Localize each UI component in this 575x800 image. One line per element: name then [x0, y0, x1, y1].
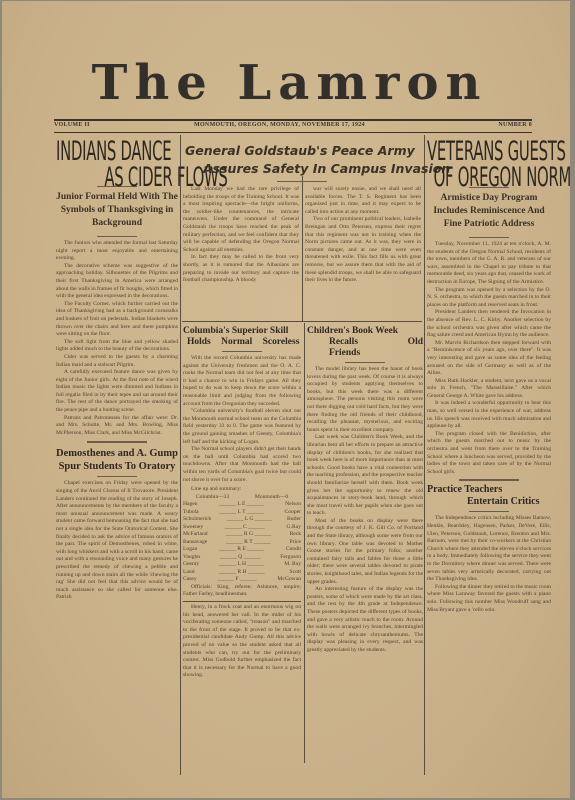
dateline-rule	[54, 132, 532, 133]
position: ______ F ______	[197, 576, 278, 584]
paragraph: Miss Ruth Hackler, a student, next gave …	[427, 378, 551, 401]
article-peace-army: General Goldstaub's Peace Army Assures S…	[183, 142, 421, 285]
paragraph: Cider was served to the guests by a char…	[56, 354, 178, 369]
paragraph: Most of the books on display were there …	[307, 518, 423, 586]
lineup-title: Line up and summary:	[183, 486, 301, 494]
position: ______ L H ______	[199, 561, 284, 569]
headline-practice-2: Entertain Critics	[427, 496, 551, 508]
position: ______ R T ______	[207, 539, 289, 547]
player-away: Ferguson	[280, 554, 301, 562]
lineup-row: Vaughn______ Q ______Ferguson	[183, 554, 301, 562]
demosthenes-continued: Henry, in a frock coat and an enormous w…	[183, 604, 301, 680]
lineup-row: Hagen______ L E ______Nelson	[183, 501, 301, 509]
article-body: The Independence critics including Misse…	[427, 515, 551, 614]
paragraph: Mr. Marvin Richardson then stepped forwa…	[427, 340, 551, 378]
position: ______ R H ______	[195, 569, 290, 577]
article-book-week: Children's Book Week Recalls Old Friends…	[307, 326, 423, 655]
lineup-row: Land______ R H ______Scott	[183, 569, 301, 577]
divider	[469, 237, 509, 238]
paragraph: Patrons and Patronesses for the affair w…	[56, 415, 178, 438]
deck-junior-formal: Junior Formal Held With The Symbols of T…	[56, 191, 178, 230]
article-indians-dance: INDIANS DANCE AS CIDER FLOWS Junior Form…	[56, 139, 178, 602]
player-away: Butler	[287, 516, 301, 524]
paragraph: A carefully executed feature dance was g…	[56, 369, 178, 415]
paragraph: President Landers then rendered the Invo…	[427, 309, 551, 339]
headline-book-week-1: Children's Book Week	[307, 326, 423, 337]
position: ______ R G ______	[208, 531, 290, 539]
player-away: Price	[290, 539, 302, 547]
paragraph: "Columbia university's football eleven s…	[183, 408, 301, 446]
team-away: Monmouth—0	[255, 494, 288, 502]
paragraph: The Juniors who attended the formal last…	[56, 240, 178, 263]
headline-peace-army-2: Assures Safety In Campus Invasion	[183, 160, 421, 178]
lineup-row: Logan______ R E ______Condit	[183, 546, 301, 554]
team-home: Columbia—33	[196, 494, 229, 502]
position: ______ Q ______	[200, 554, 280, 562]
headline-line: OF OREGON NORMAL	[427, 165, 551, 191]
paragraph: Last Monday we had the rare privilege of…	[183, 186, 299, 254]
player-home: Casey	[183, 576, 197, 584]
player-home: Land	[183, 569, 195, 577]
divider	[97, 236, 137, 237]
masthead-title: The Lamron	[2, 59, 570, 107]
deck-armistice: Armistice Day Program Includes Reminisce…	[427, 192, 551, 231]
paragraph: Chapel exercises on Friday were opened b…	[56, 480, 178, 602]
position: ______ L T ______	[199, 509, 285, 517]
paragraph: The program closed with the Benidiction,…	[427, 431, 551, 477]
player-away: Nelson	[285, 501, 301, 509]
headline-practice-1: Practice Teachers	[427, 484, 551, 496]
article-body: The Juniors who attended the formal last…	[56, 240, 178, 437]
article-body-left: Last Monday we had the rare privilege of…	[183, 186, 299, 285]
player-away: Condit	[286, 546, 301, 554]
column-rule	[424, 135, 425, 775]
paragraph: Two of our prominent political leaders, …	[305, 216, 421, 284]
player-home: Vaughn	[183, 554, 200, 562]
player-home: Schulmerich	[183, 516, 211, 524]
paragraph: The soft light from the blue and yellow …	[56, 339, 178, 354]
article-columbia-football: Columbia's Superior Skill Holds Normal S…	[183, 326, 301, 680]
issue-number: NUMBER 8	[498, 122, 532, 128]
player-home: McFarland	[183, 531, 208, 539]
headline-line: AS CIDER FLOWS	[56, 165, 177, 191]
headline-book-week-2: Recalls Old Friends	[307, 337, 423, 359]
player-away: Beck	[290, 531, 302, 539]
divider	[97, 476, 137, 477]
volume-label: VOLUME II	[54, 122, 90, 128]
divider	[222, 351, 262, 352]
lineup-row: McFarland______ R G ______Beck	[183, 531, 301, 539]
position: ______ L G ______	[211, 516, 287, 524]
headline-peace-army-1: General Goldstaub's Peace Army	[183, 142, 421, 160]
headline-demosthenes: Demosthenes and A. Gump Spur Students To…	[56, 447, 178, 473]
paragraph: war will surely ensue, and we shall need…	[305, 186, 421, 216]
column-rule	[304, 323, 305, 763]
article-body: Chapel exercises on Friday were opened b…	[56, 480, 178, 602]
player-away: Cooper	[285, 509, 301, 517]
headline-veterans: VETERANS GUESTS OF OREGON NORMAL	[427, 139, 551, 191]
section-rule	[183, 601, 301, 602]
masthead-rule	[54, 119, 532, 121]
lineup-row: Casey______ F ______McGowan	[183, 576, 301, 584]
paragraph: The Normal school players didn't get the…	[183, 446, 301, 484]
player-home: Logan	[183, 546, 197, 554]
divider	[469, 511, 509, 512]
headline-columbia-1: Columbia's Superior Skill	[183, 326, 301, 337]
lineup-table: Hagen______ L E ______NelsonTubola______…	[183, 501, 301, 584]
player-home: Sweeney	[183, 524, 203, 532]
lineup-row: Bansavage______ R T ______Price	[183, 539, 301, 547]
player-away: McGowan	[277, 576, 301, 584]
officials: Officials: King, referee; Ashmore, umpir…	[183, 584, 301, 599]
article-body: Tuesday, November 11, 1924 at ten o'cloc…	[427, 241, 551, 476]
paragraph: The Independence critics including Misse…	[427, 515, 551, 583]
paragraph: The Faculty Corner, which further carrie…	[56, 301, 178, 339]
divider	[345, 362, 385, 363]
player-home: Hagen	[183, 501, 198, 509]
position: ______ C ______	[203, 524, 286, 532]
position: ______ L E ______	[198, 501, 286, 509]
lineup-row: Sweeney______ C ______G.Ray	[183, 524, 301, 532]
section-rule	[182, 321, 422, 322]
paragraph: Following the dinner they retired to the…	[427, 584, 551, 614]
lineup-row: Geenty______ L H ______M. Ray	[183, 561, 301, 569]
dateline-bar: VOLUME II MONMOUTH, OREGON, MONDAY, NOVE…	[54, 122, 532, 132]
article-body: The model library has been the haunt of …	[307, 366, 423, 655]
paragraph: The program was opened by a selection by…	[427, 287, 551, 310]
divider	[87, 441, 147, 443]
paragraph: The decorative scheme was suggestive of …	[56, 263, 178, 301]
headline-indians-dance: INDIANS DANCE AS CIDER FLOWS	[56, 139, 177, 191]
paragraph: An interesting feature of the display wa…	[307, 586, 423, 654]
paragraph: With the record Columbia university has …	[183, 355, 301, 408]
paragraph: In fact they may be called to the front …	[183, 254, 299, 284]
dateline-text: MONMOUTH, OREGON, MONDAY, NOVEMBER 17, 1…	[194, 122, 365, 128]
article-veterans: VETERANS GUESTS OF OREGON NORMAL Armisti…	[427, 139, 551, 614]
lineup-teams: Columbia—33 Monmouth—0	[183, 494, 301, 502]
player-home: Geenty	[183, 561, 199, 569]
position: ______ R E ______	[197, 546, 285, 554]
player-away: G.Ray	[287, 524, 301, 532]
headline-columbia-2: Holds Normal Scoreless	[183, 337, 301, 348]
article-body-right: war will surely ensue, and we shall need…	[305, 186, 421, 285]
paragraph: Last week was Children's Book Week, and …	[307, 434, 423, 518]
lineup-row: Tubola______ L T ______Cooper	[183, 509, 301, 517]
player-home: Bansavage	[183, 539, 207, 547]
paragraph: The model library has been the haunt of …	[307, 366, 423, 434]
divider	[277, 181, 327, 182]
divider	[459, 479, 519, 481]
article-body: With the record Columbia university has …	[183, 355, 301, 484]
column-rule	[180, 135, 181, 775]
player-away: M. Ray	[284, 561, 301, 569]
paragraph: Tuesday, November 11, 1924 at ten o'cloc…	[427, 241, 551, 287]
player-away: Scott	[290, 569, 302, 577]
lineup-row: Schulmerich______ L G ______Butler	[183, 516, 301, 524]
player-home: Tubola	[183, 509, 199, 517]
paragraph: It was indeed a wonderful opportunity to…	[427, 400, 551, 430]
newspaper-page: The Lamron VOLUME II MONMOUTH, OREGON, M…	[2, 1, 570, 798]
